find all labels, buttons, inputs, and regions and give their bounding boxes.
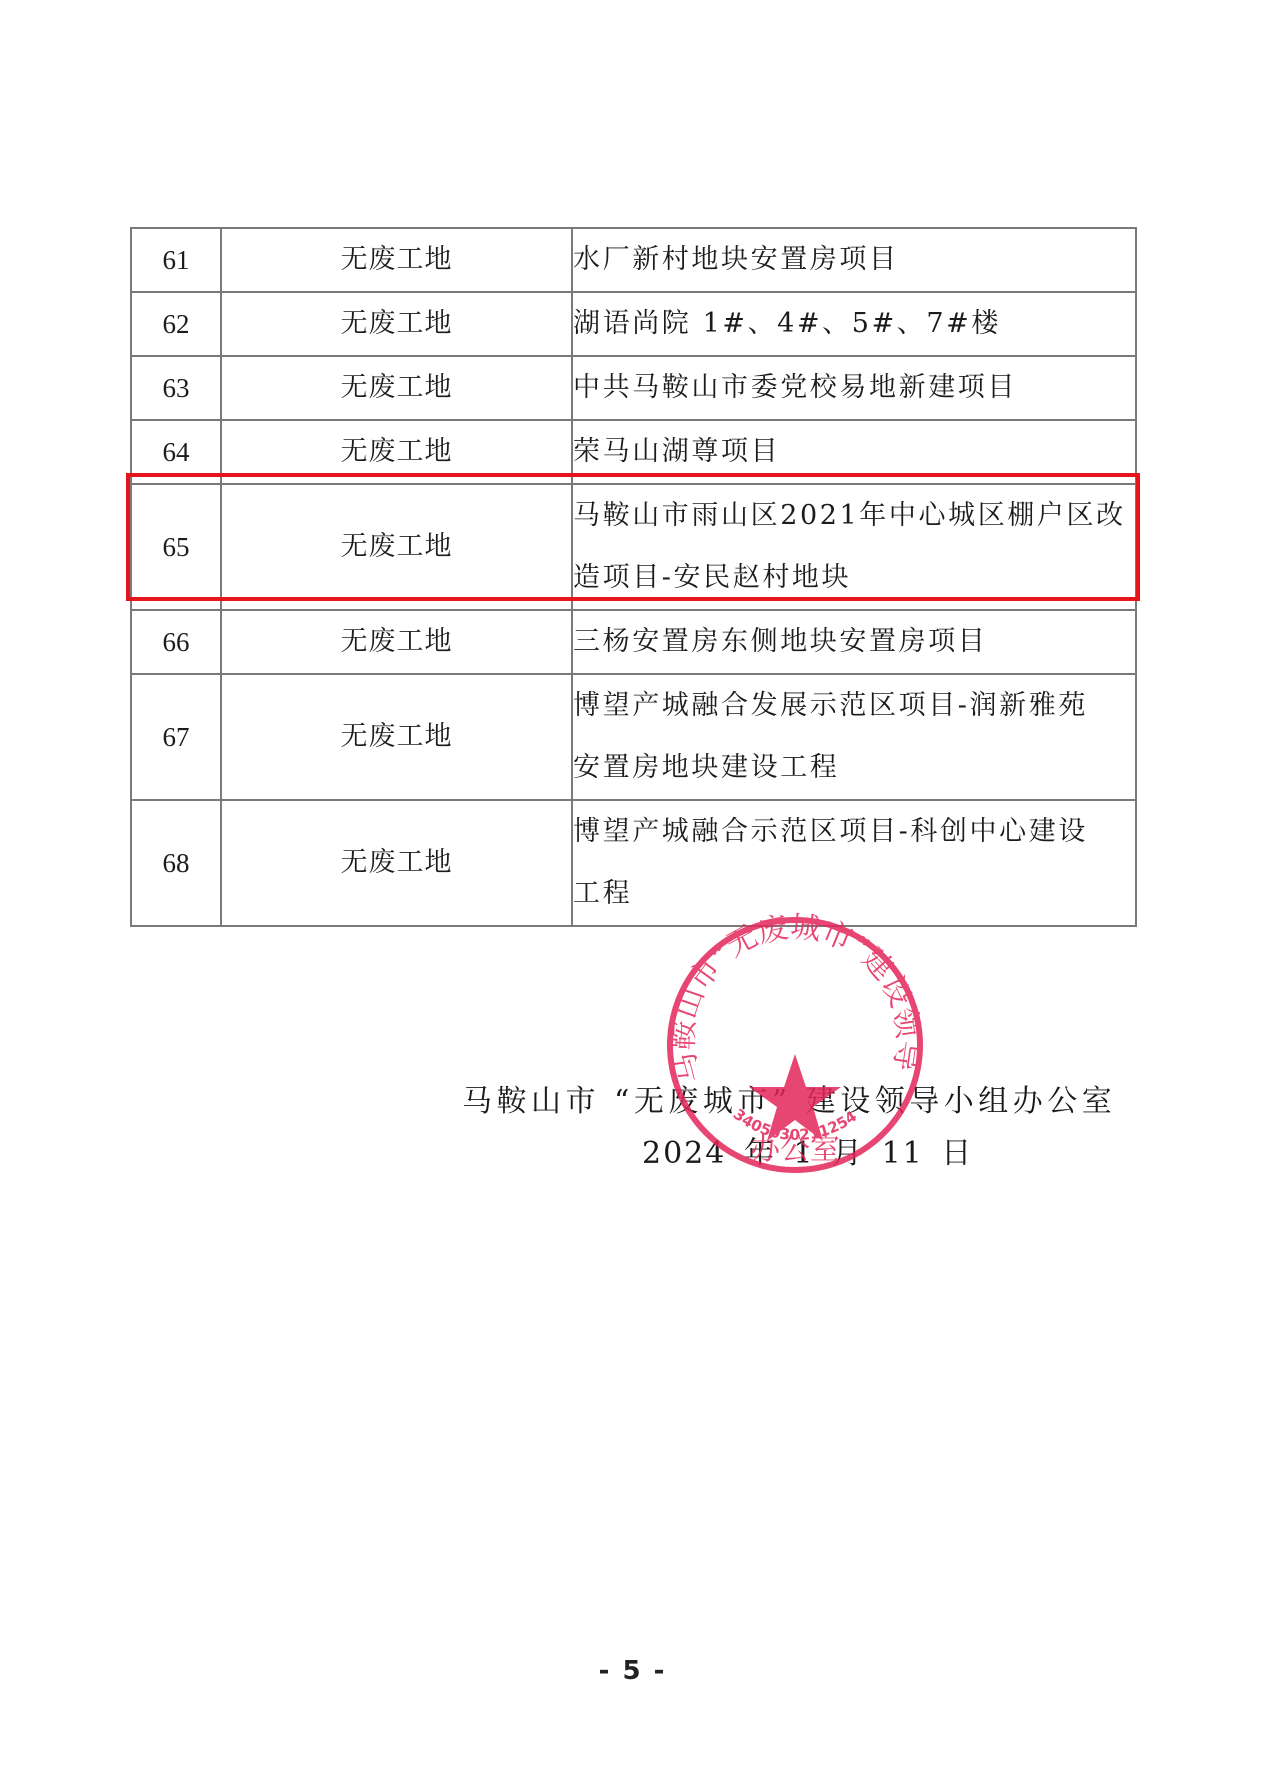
table-row: 63 无废工地 中共马鞍山市委党校易地新建项目 — [131, 356, 1136, 420]
row-number: 64 — [131, 420, 221, 484]
table-row: 64 无废工地 荣马山湖尊项目 — [131, 420, 1136, 484]
row-number: 66 — [131, 610, 221, 674]
row-type: 无废工地 — [221, 674, 572, 800]
row-type: 无废工地 — [221, 292, 572, 356]
row-project-name: 中共马鞍山市委党校易地新建项目 — [572, 356, 1136, 420]
row-type: 无废工地 — [221, 356, 572, 420]
page-number: - 5 - — [0, 1656, 1265, 1686]
row-number: 67 — [131, 674, 221, 800]
row-number: 65 — [131, 484, 221, 610]
issue-date: 2024 年 1 月 11 日 — [642, 1128, 973, 1172]
row-number: 68 — [131, 800, 221, 926]
row-type: 无废工地 — [221, 228, 572, 292]
table-row: 66 无废工地 三杨安置房东侧地块安置房项目 — [131, 610, 1136, 674]
row-type: 无废工地 — [221, 484, 572, 610]
row-project-name: 博望产城融合示范区项目-科创中心建设 工程 — [572, 800, 1136, 926]
table-row: 62 无废工地 湖语尚院 1#、4#、5#、7#楼 — [131, 292, 1136, 356]
row-number: 63 — [131, 356, 221, 420]
table-row: 67 无废工地 博望产城融合发展示范区项目-润新雅苑 安置房地块建设工程 — [131, 674, 1136, 800]
row-number: 62 — [131, 292, 221, 356]
row-type: 无废工地 — [221, 800, 572, 926]
table-row-highlighted: 65 无废工地 马鞍山市雨山区2021年中心城区棚户区改 造项目-安民赵村地块 — [131, 484, 1136, 610]
table-row: 61 无废工地 水厂新村地块安置房项目 — [131, 228, 1136, 292]
document-page: 61 无废工地 水厂新村地块安置房项目 62 无废工地 湖语尚院 1#、4#、5… — [0, 0, 1265, 1789]
row-type: 无废工地 — [221, 420, 572, 484]
row-number: 61 — [131, 228, 221, 292]
row-project-name: 博望产城融合发展示范区项目-润新雅苑 安置房地块建设工程 — [572, 674, 1136, 800]
row-project-name: 马鞍山市雨山区2021年中心城区棚户区改 造项目-安民赵村地块 — [572, 484, 1136, 610]
row-project-name: 三杨安置房东侧地块安置房项目 — [572, 610, 1136, 674]
table-row: 68 无废工地 博望产城融合示范区项目-科创中心建设 工程 — [131, 800, 1136, 926]
svg-text:马鞍山市“无废城市”建设领导小组: 马鞍山市“无废城市”建设领导小组 — [660, 912, 925, 1087]
project-list-table: 61 无废工地 水厂新村地块安置房项目 62 无废工地 湖语尚院 1#、4#、5… — [130, 227, 1137, 927]
stamp-ring-text: 马鞍山市“无废城市”建设领导小组 — [660, 912, 925, 1087]
row-project-name: 荣马山湖尊项目 — [572, 420, 1136, 484]
row-type: 无废工地 — [221, 610, 572, 674]
issuer-signature: 马鞍山市 “无废城市” 建设领导小组办公室 — [462, 1076, 1116, 1120]
row-project-name: 水厂新村地块安置房项目 — [572, 228, 1136, 292]
row-project-name: 湖语尚院 1#、4#、5#、7#楼 — [572, 292, 1136, 356]
